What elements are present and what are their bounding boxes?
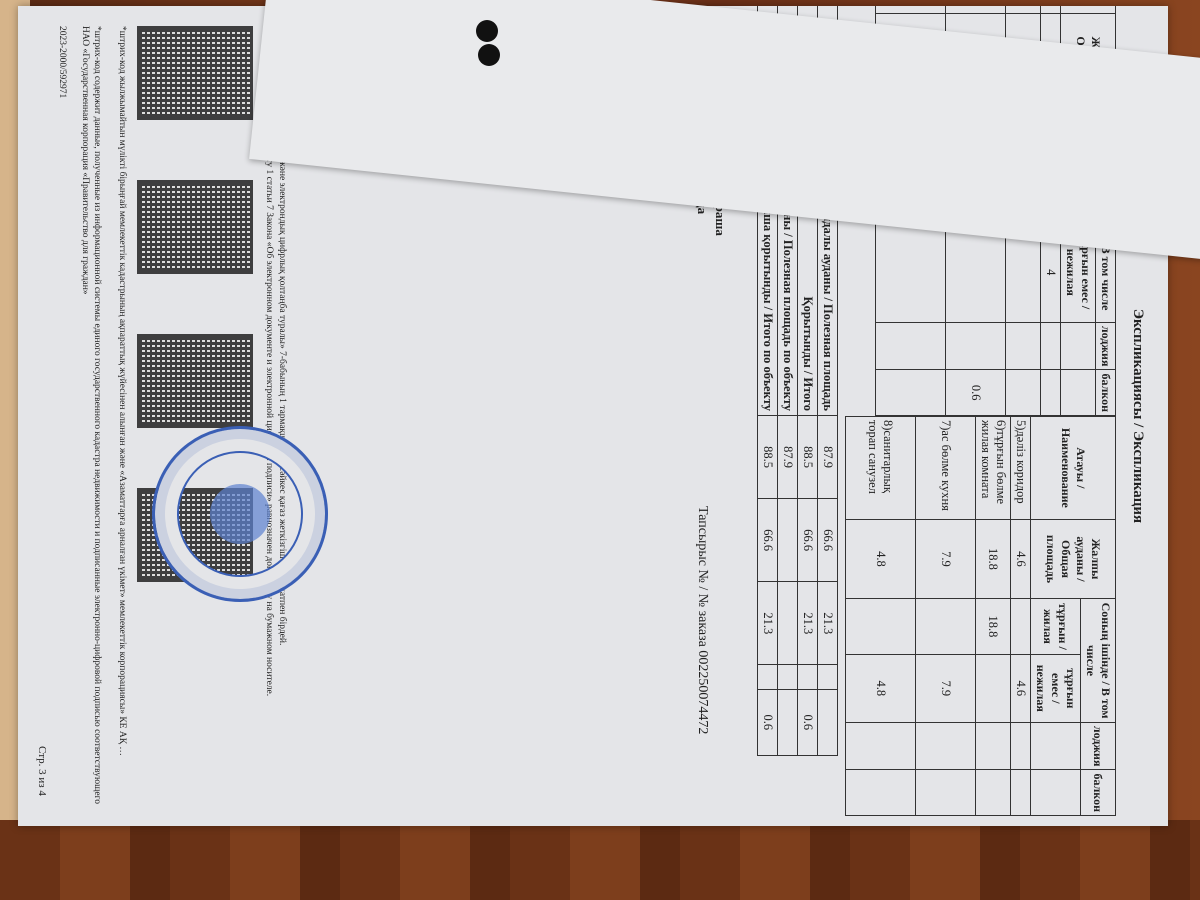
table-row: 8)санитарлық торап санузел4.84.8 (846, 417, 916, 816)
col-total-area: Жалпы ауданы / Общая площадь (1031, 519, 1116, 599)
document-number: 2023-2000/592971 (56, 26, 68, 816)
col-name: Атауы / Наименование (1031, 417, 1116, 520)
punch-hole-icon (476, 20, 498, 42)
qr-code-icon (137, 334, 253, 428)
background-table (0, 820, 1200, 900)
qr-code-icon (137, 180, 253, 274)
col-living: тұрғын / жилая (1031, 599, 1081, 654)
col-loggia: лоджия (1081, 722, 1116, 770)
punch-hole-icon (478, 44, 500, 66)
col-in-that: Соның ішінде / В том числе (1081, 599, 1116, 723)
explication-table-right: Атауы / Наименование Жалпы ауданы / Обща… (845, 416, 1116, 816)
col-balcony: балкон (1081, 770, 1116, 816)
qr-code-icon (137, 26, 253, 120)
page-number: Стр. 3 из 4 (36, 746, 48, 796)
table-row: 7)ас бөлме кухня7.97.9 (916, 417, 976, 816)
stamp-emblem-icon (203, 477, 276, 550)
footer-barcode-ru: *штрих-код содержит данные, полученные и… (79, 26, 103, 816)
col-non-living: тұрғын емес / нежилая (1031, 654, 1081, 722)
order-number: Тапсырыс № / № заказа 002250074472 (694, 506, 710, 734)
table-row: 6)тұрғын бөлме жилая комната18.818.8 (976, 417, 1011, 816)
footer-barcode-kz: *штрих-код жылжымайтын мүлікті бірыңғай … (116, 26, 128, 816)
table-row: 5)дәліз коридор4.64.6 (1011, 417, 1031, 816)
